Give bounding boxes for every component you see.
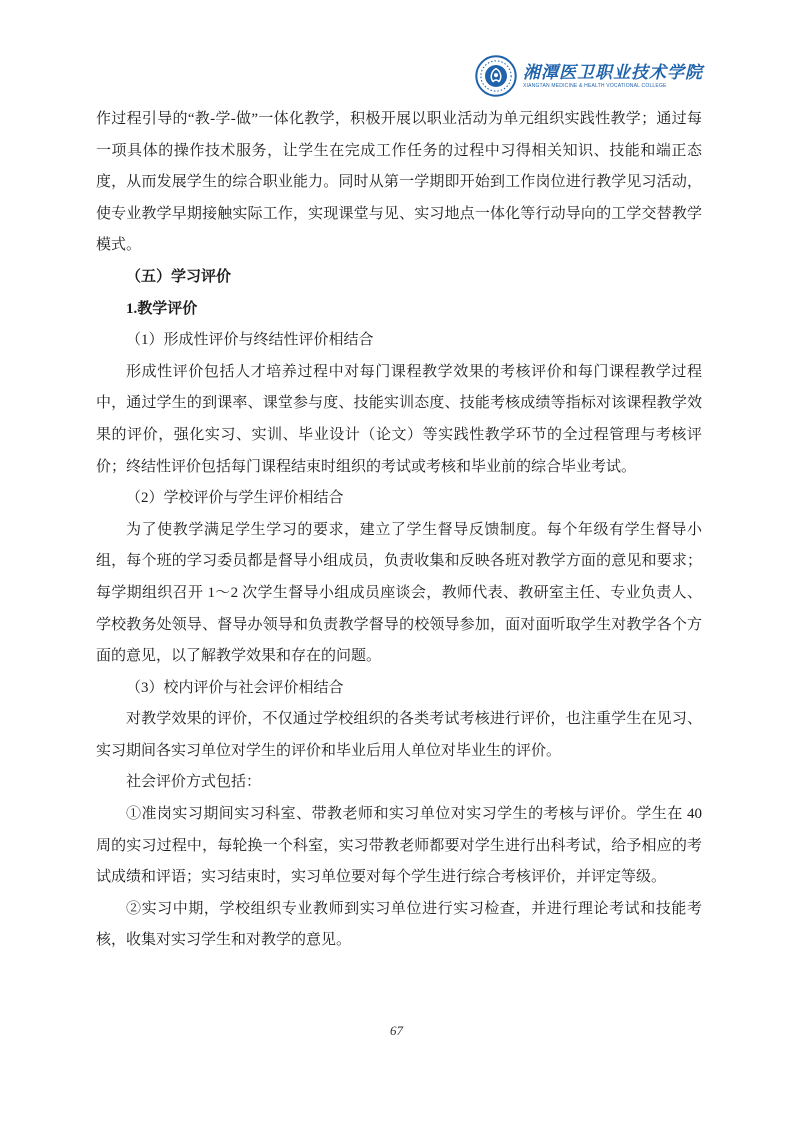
- sub-heading: 1.教学评价: [96, 294, 702, 326]
- paragraph: ②实习中期，学校组织专业教师到实习单位进行实习检查，并进行理论考试和技能考核，收…: [96, 894, 702, 957]
- paragraph: ①准岗实习期间实习科室、带教老师和实习单位对实习学生的考核与评价。学生在 40 …: [96, 799, 702, 894]
- page-number: 67: [390, 1023, 403, 1038]
- paragraph: 社会评价方式包括：: [96, 767, 702, 799]
- item-heading: （3）校内评价与社会评价相结合: [96, 673, 702, 705]
- paragraph: 作过程引导的“教-学-做”一体化教学，积极开展以职业活动为单元组织实践性教学；通…: [96, 104, 702, 262]
- page-footer: 67: [0, 1022, 793, 1040]
- document-body: 作过程引导的“教-学-做”一体化教学，积极开展以职业活动为单元组织实践性教学；通…: [96, 104, 702, 957]
- section-heading: （五）学习评价: [96, 262, 702, 294]
- paragraph: 形成性评价包括人才培养过程中对每门课程教学效果的考核评价和每门课程教学过程中，通…: [96, 357, 702, 483]
- college-name-block: 湘潭医卫职业技术学院 XIANGTAN MEDICINE & HEALTH VO…: [523, 63, 703, 90]
- paragraph: 为了使教学满足学生学习的要求，建立了学生督导反馈制度。每个年级有学生督导小组，每…: [96, 515, 702, 673]
- college-logo: 湘潭医卫职业技术学院 XIANGTAN MEDICINE & HEALTH VO…: [474, 54, 703, 98]
- college-name-cn: 湘潭医卫职业技术学院: [523, 63, 703, 83]
- college-name-en: XIANGTAN MEDICINE & HEALTH VOCATIONAL CO…: [523, 83, 703, 90]
- college-emblem-icon: [474, 54, 518, 98]
- item-heading: （2）学校评价与学生评价相结合: [96, 483, 702, 515]
- document-page: 湘潭医卫职业技术学院 XIANGTAN MEDICINE & HEALTH VO…: [0, 0, 793, 1122]
- paragraph: 对教学效果的评价，不仅通过学校组织的各类考试考核进行评价，也注重学生在见习、实习…: [96, 704, 702, 767]
- item-heading: （1）形成性评价与终结性评价相结合: [96, 325, 702, 357]
